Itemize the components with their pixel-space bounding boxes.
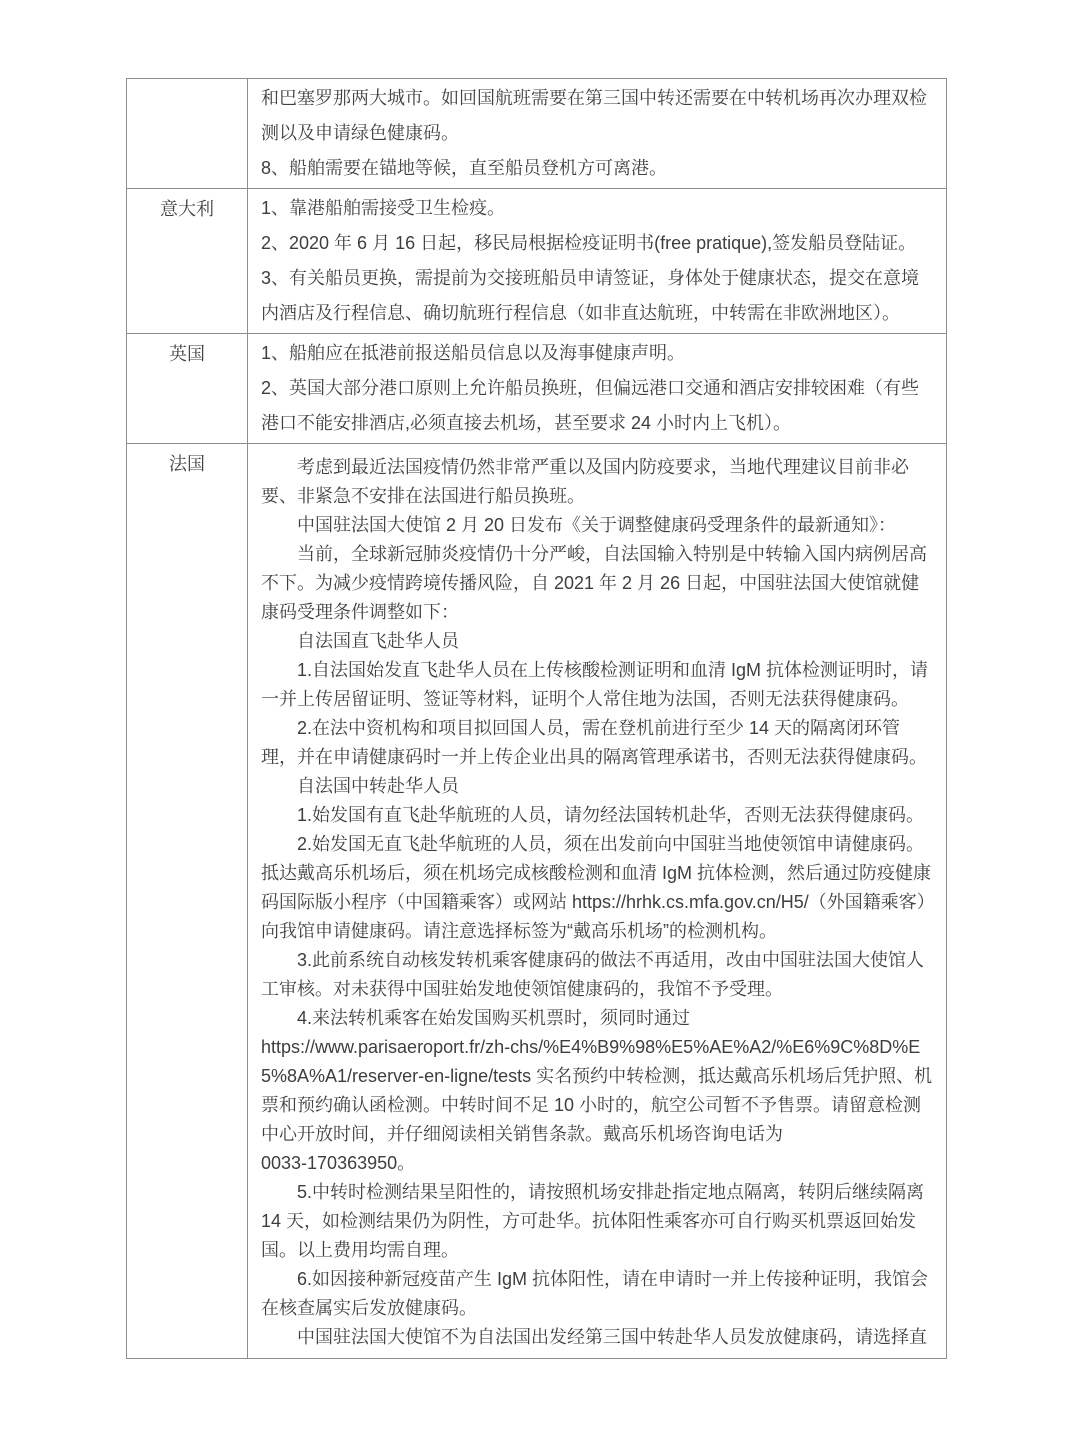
- document-page: 和巴塞罗那两大城市。如回国航班需要在第三国中转还需要在中转机场再次办理双检测以及…: [0, 0, 1080, 1440]
- regulation-paragraph: 6.如因接种新冠疫苗产生 IgM 抗体阳性，请在申请时一并上传接种证明，我馆会在…: [261, 1265, 936, 1323]
- country-label: [127, 79, 248, 189]
- table-row: 和巴塞罗那两大城市。如回国航班需要在第三国中转还需要在中转机场再次办理双检测以及…: [127, 79, 947, 189]
- regulation-paragraph: 8、船舶需要在锚地等候，直至船员登机方可离港。: [261, 151, 936, 186]
- regulation-paragraph: 1.自法国始发直飞赴华人员在上传核酸检测证明和血清 IgM 抗体检测证明时，请一…: [261, 656, 936, 714]
- table-body: 和巴塞罗那两大城市。如回国航班需要在第三国中转还需要在中转机场再次办理双检测以及…: [127, 79, 947, 1359]
- regulation-paragraph: 1.始发国有直飞赴华航班的人员，请勿经法国转机赴华，否则无法获得健康码。: [261, 801, 936, 830]
- regulation-paragraph: 当前，全球新冠肺炎疫情仍十分严峻，自法国输入特别是中转输入国内病例居高不下。为减…: [261, 540, 936, 627]
- regulation-content-cell: 1、靠港船舶需接受卫生检疫。2、2020 年 6 月 16 日起，移民局根据检疫…: [248, 189, 947, 334]
- country-label: 意大利: [127, 189, 248, 334]
- table-row: 英国1、船舶应在抵港前报送船员信息以及海事健康声明。2、英国大部分港口原则上允许…: [127, 334, 947, 444]
- regulation-paragraph: 3、有关船员更换，需提前为交接班船员申请签证，身体处于健康状态，提交在意境内酒店…: [261, 261, 936, 331]
- regulation-paragraph: 1、靠港船舶需接受卫生检疫。: [261, 191, 936, 226]
- regulation-paragraph: 自法国中转赴华人员: [261, 772, 936, 801]
- regulation-content-cell: 1、船舶应在抵港前报送船员信息以及海事健康声明。2、英国大部分港口原则上允许船员…: [248, 334, 947, 444]
- table-row: 法国考虑到最近法国疫情仍然非常严重以及国内防疫要求，当地代理建议目前非必要、非紧…: [127, 444, 947, 1359]
- regulation-paragraph: 2.在法中资机构和项目拟回国人员，需在登机前进行至少 14 天的隔离闭环管理，并…: [261, 714, 936, 772]
- regulation-paragraph: 1、船舶应在抵港前报送船员信息以及海事健康声明。: [261, 336, 936, 371]
- regulation-content-cell: 考虑到最近法国疫情仍然非常严重以及国内防疫要求，当地代理建议目前非必要、非紧急不…: [248, 444, 947, 1359]
- country-label: 英国: [127, 334, 248, 444]
- regulation-paragraph: 和巴塞罗那两大城市。如回国航班需要在第三国中转还需要在中转机场再次办理双检测以及…: [261, 81, 936, 151]
- regulation-paragraph: 考虑到最近法国疫情仍然非常严重以及国内防疫要求，当地代理建议目前非必要、非紧急不…: [261, 453, 936, 511]
- regulation-paragraph: 5.中转时检测结果呈阳性的，请按照机场安排赴指定地点隔离，转阴后继续隔离 14 …: [261, 1178, 936, 1265]
- regulation-paragraph: 2、2020 年 6 月 16 日起，移民局根据检疫证明书(free prati…: [261, 226, 936, 261]
- table-row: 意大利1、靠港船舶需接受卫生检疫。2、2020 年 6 月 16 日起，移民局根…: [127, 189, 947, 334]
- regulation-paragraph: 2、英国大部分港口原则上允许船员换班，但偏远港口交通和酒店安排较困难（有些港口不…: [261, 371, 936, 441]
- regulation-paragraph: 3.此前系统自动核发转机乘客健康码的做法不再适用，改由中国驻法国大使馆人工审核。…: [261, 946, 936, 1004]
- regulation-paragraph: 中国驻法国大使馆不为自法国出发经第三国中转赴华人员发放健康码，请选择直: [261, 1323, 936, 1352]
- country-label: 法国: [127, 444, 248, 1359]
- regulation-paragraph: 中国驻法国大使馆 2 月 20 日发布《关于调整健康码受理条件的最新通知》：: [261, 511, 936, 540]
- regulation-paragraph: 4.来法转机乘客在始发国购买机票时，须同时通过 https://www.pari…: [261, 1004, 936, 1178]
- regulation-paragraph: 2.始发国无直飞赴华航班的人员，须在出发前向中国驻当地使领馆申请健康码。抵达戴高…: [261, 830, 936, 946]
- country-regulations-table: 和巴塞罗那两大城市。如回国航班需要在第三国中转还需要在中转机场再次办理双检测以及…: [126, 78, 947, 1359]
- regulation-content-cell: 和巴塞罗那两大城市。如回国航班需要在第三国中转还需要在中转机场再次办理双检测以及…: [248, 79, 947, 189]
- regulation-paragraph: 自法国直飞赴华人员: [261, 627, 936, 656]
